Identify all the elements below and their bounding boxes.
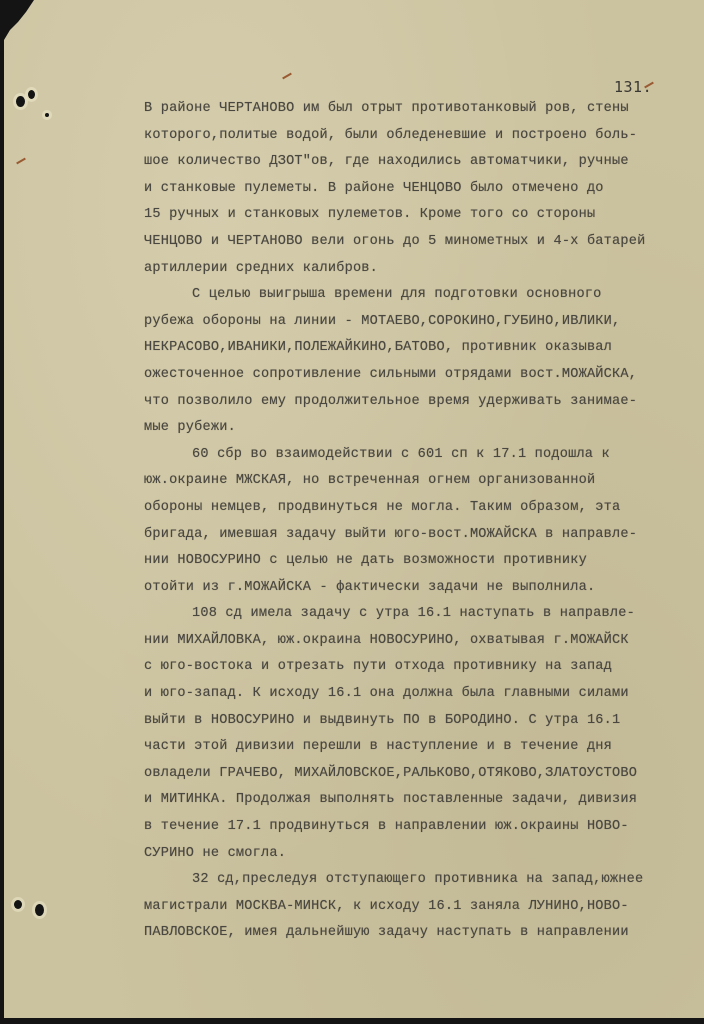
text-line: мые рубежи. xyxy=(144,415,694,442)
text-line: обороны немцев, продвинуться не могла. Т… xyxy=(144,495,694,522)
text-line: ожесточенное сопротивление сильными отря… xyxy=(144,362,694,389)
ink-mark xyxy=(16,158,26,165)
text-line: и МИТИНКА. Продолжая выполнять поставлен… xyxy=(144,787,694,814)
text-line: НЕКРАСОВО,ИВАНИКИ,ПОЛЕЖАЙКИНО,БАТОВО, пр… xyxy=(144,335,694,362)
text-line: магистрали МОСКВА-МИНСК, к исходу 16.1 з… xyxy=(144,894,694,921)
text-line: нии МИХАЙЛОВКА, юж.окраина НОВОСУРИНО, о… xyxy=(144,628,694,655)
paragraph: 60 сбр во взаимодействии с 601 сп к 17.1… xyxy=(144,442,694,602)
text-line: 108 сд имела задачу с утра 16.1 наступат… xyxy=(144,601,694,628)
punch-hole xyxy=(14,900,22,909)
text-line: В районе ЧЕРТАНОВО им был отрыт противот… xyxy=(144,96,694,123)
text-line: юж.окраине МЖСКАЯ, но встреченная огнем … xyxy=(144,468,694,495)
text-line: что позволило ему продолжительное время … xyxy=(144,389,694,416)
text-line: в течение 17.1 продвинуться в направлени… xyxy=(144,814,694,841)
text-line: отойти из г.МОЖАЙСКА - фактически задачи… xyxy=(144,575,694,602)
punch-hole xyxy=(35,904,44,916)
paragraph: В районе ЧЕРТАНОВО им был отрыт противот… xyxy=(144,96,694,282)
text-line: и станковые пулеметы. В районе ЧЕНЦОВО б… xyxy=(144,176,694,203)
text-line: 60 сбр во взаимодействии с 601 сп к 17.1… xyxy=(144,442,694,469)
text-line: и юго-запад. К исходу 16.1 она должна бы… xyxy=(144,681,694,708)
paragraph: 108 сд имела задачу с утра 16.1 наступат… xyxy=(144,601,694,867)
text-line: бригада, имевшая задачу выйти юго-вост.М… xyxy=(144,522,694,549)
text-line: артиллерии средних калибров. xyxy=(144,256,694,283)
text-line: 15 ручных и станковых пулеметов. Кроме т… xyxy=(144,202,694,229)
text-line: с юго-востока и отрезать пути отхода про… xyxy=(144,654,694,681)
text-line: рубежа обороны на линии - МОТАЕВО,СОРОКИ… xyxy=(144,309,694,336)
text-line: шое количество ДЗОТ"ов, где находились а… xyxy=(144,149,694,176)
ink-mark xyxy=(282,73,292,80)
text-line: выйти в НОВОСУРИНО и выдвинуть ПО в БОРО… xyxy=(144,708,694,735)
punch-hole xyxy=(28,90,35,99)
text-line: СУРИНО не смогла. xyxy=(144,841,694,868)
text-line: 32 сд,преследуя отступающего противника … xyxy=(144,867,694,894)
paragraph: 32 сд,преследуя отступающего противника … xyxy=(144,867,694,947)
text-line: части этой дивизии перешли в наступление… xyxy=(144,734,694,761)
punch-hole xyxy=(45,113,49,117)
punch-hole xyxy=(16,96,25,107)
text-line: С целью выигрыша времени для подготовки … xyxy=(144,282,694,309)
text-line: нии НОВОСУРИНО с целью не дать возможнос… xyxy=(144,548,694,575)
text-line: ПАВЛОВСКОЕ, имея дальнейшую задачу насту… xyxy=(144,920,694,947)
paragraph: С целью выигрыша времени для подготовки … xyxy=(144,282,694,442)
typewritten-body: В районе ЧЕРТАНОВО им был отрыт противот… xyxy=(144,96,694,947)
text-line: ЧЕНЦОВО и ЧЕРТАНОВО вели огонь до 5 мино… xyxy=(144,229,694,256)
document-page: 131. В районе ЧЕРТАНОВО им был отрыт про… xyxy=(4,0,704,1018)
text-line: которого,политые водой, были обледеневши… xyxy=(144,123,694,150)
text-line: овладели ГРАЧЕВО, МИХАЙЛОВСКОЕ,РАЛЬКОВО,… xyxy=(144,761,694,788)
page-number: 131. xyxy=(614,78,652,96)
